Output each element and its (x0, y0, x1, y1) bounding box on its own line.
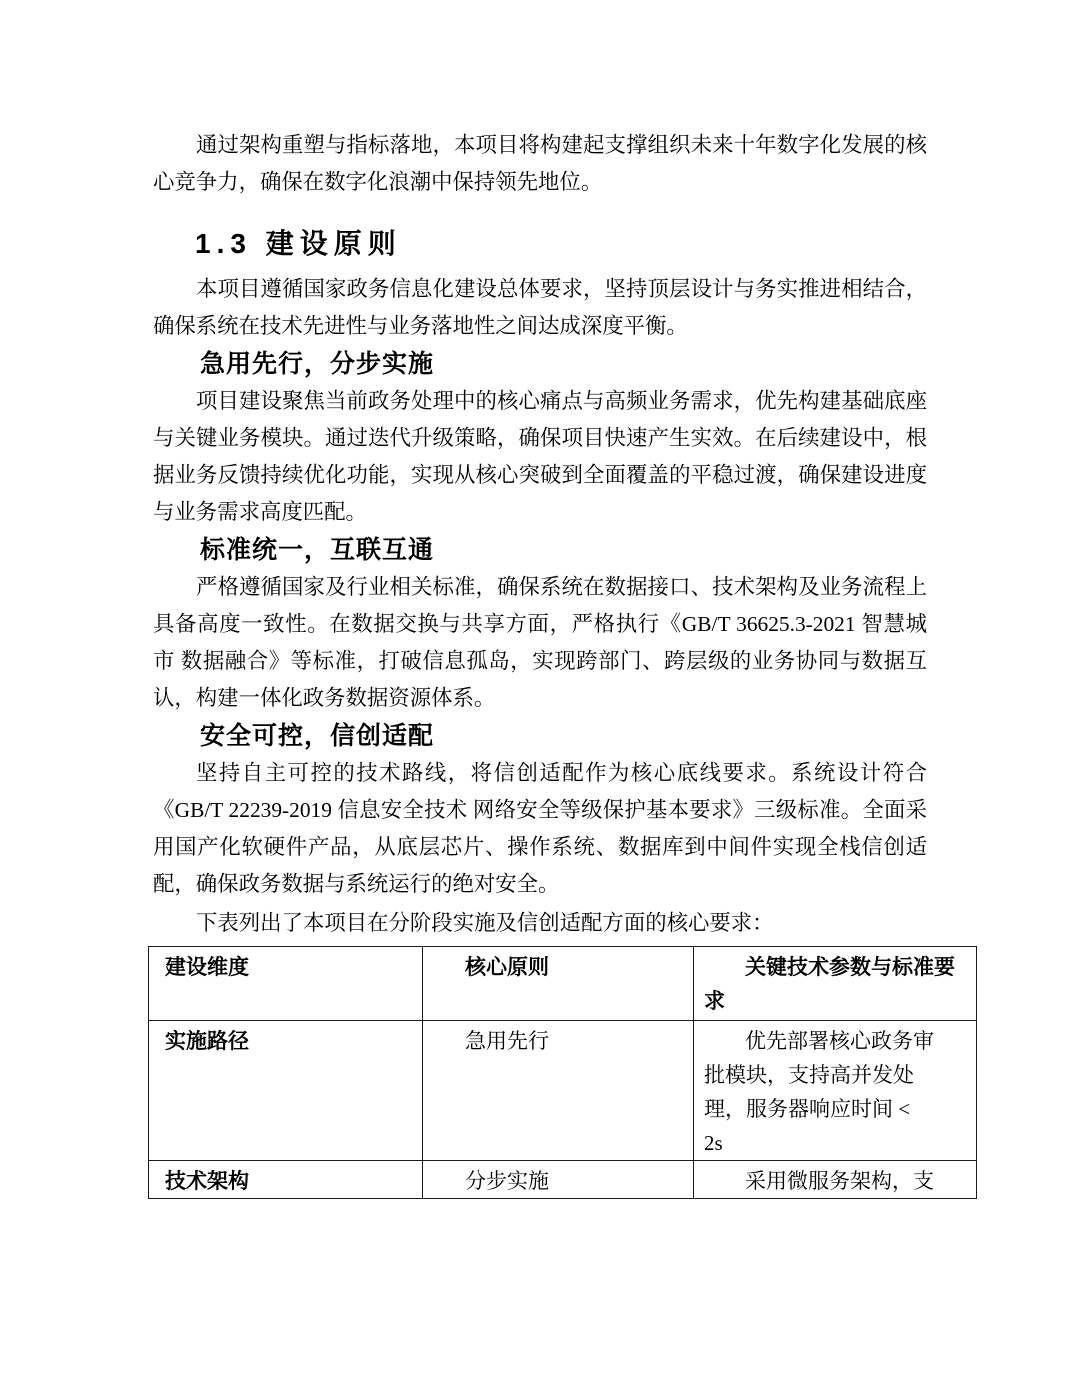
section-lead-paragraph: 本项目遵循国家政务信息化建设总体要求，坚持顶层设计与务实推进相结合，确保系统在技… (153, 271, 927, 345)
cell-requirement: 采用微服务架构，支 (694, 1161, 977, 1199)
header-cell-principle: 核心原则 (423, 947, 694, 1021)
table-row: 实施路径 急用先行 优先部署核心政务审 批模块，支持高并发处 理，服务器响应时间… (149, 1021, 977, 1161)
principle-title-2: 标准统一，互联互通 (153, 531, 927, 569)
cell-dimension: 技术架构 (149, 1161, 423, 1199)
principle-body-3: 坚持自主可控的技术路线，将信创适配作为核心底线要求。系统设计符合《GB/T 22… (153, 755, 927, 903)
table-intro-paragraph: 下表列出了本项目在分阶段实施及信创适配方面的核心要求： (153, 905, 927, 942)
document-page: 通过架构重塑与指标落地，本项目将构建起支撑组织未来十年数字化发展的核心竞争力，确… (0, 0, 1080, 1199)
intro-paragraph: 通过架构重塑与指标落地，本项目将构建起支撑组织未来十年数字化发展的核心竞争力，确… (153, 127, 927, 201)
header-cell-requirement: 关键技术参数与标准要 求 (694, 947, 977, 1021)
principle-body-1: 项目建设聚焦当前政务处理中的核心痛点与高频业务需求，优先构建基础底座与关键业务模… (153, 383, 927, 531)
section-heading: 1.3 建设原则 (153, 225, 927, 263)
principle-body-2: 严格遵循国家及行业相关标准，确保系统在数据接口、技术架构及业务流程上具备高度一致… (153, 569, 927, 717)
header-cell-dimension: 建设维度 (149, 947, 423, 1021)
principle-title-1: 急用先行，分步实施 (153, 345, 927, 383)
requirements-table: 建设维度 核心原则 关键技术参数与标准要 求 实施路径 急用先行 优先部署核心政… (148, 946, 977, 1199)
principle-title-3: 安全可控，信创适配 (153, 717, 927, 755)
cell-requirement: 优先部署核心政务审 批模块，支持高并发处 理，服务器响应时间 < 2s (694, 1021, 977, 1161)
cell-dimension: 实施路径 (149, 1021, 423, 1161)
cell-principle: 急用先行 (423, 1021, 694, 1161)
cell-principle: 分步实施 (423, 1161, 694, 1199)
table-row: 技术架构 分步实施 采用微服务架构，支 (149, 1161, 977, 1199)
table-header-row: 建设维度 核心原则 关键技术参数与标准要 求 (149, 947, 977, 1021)
